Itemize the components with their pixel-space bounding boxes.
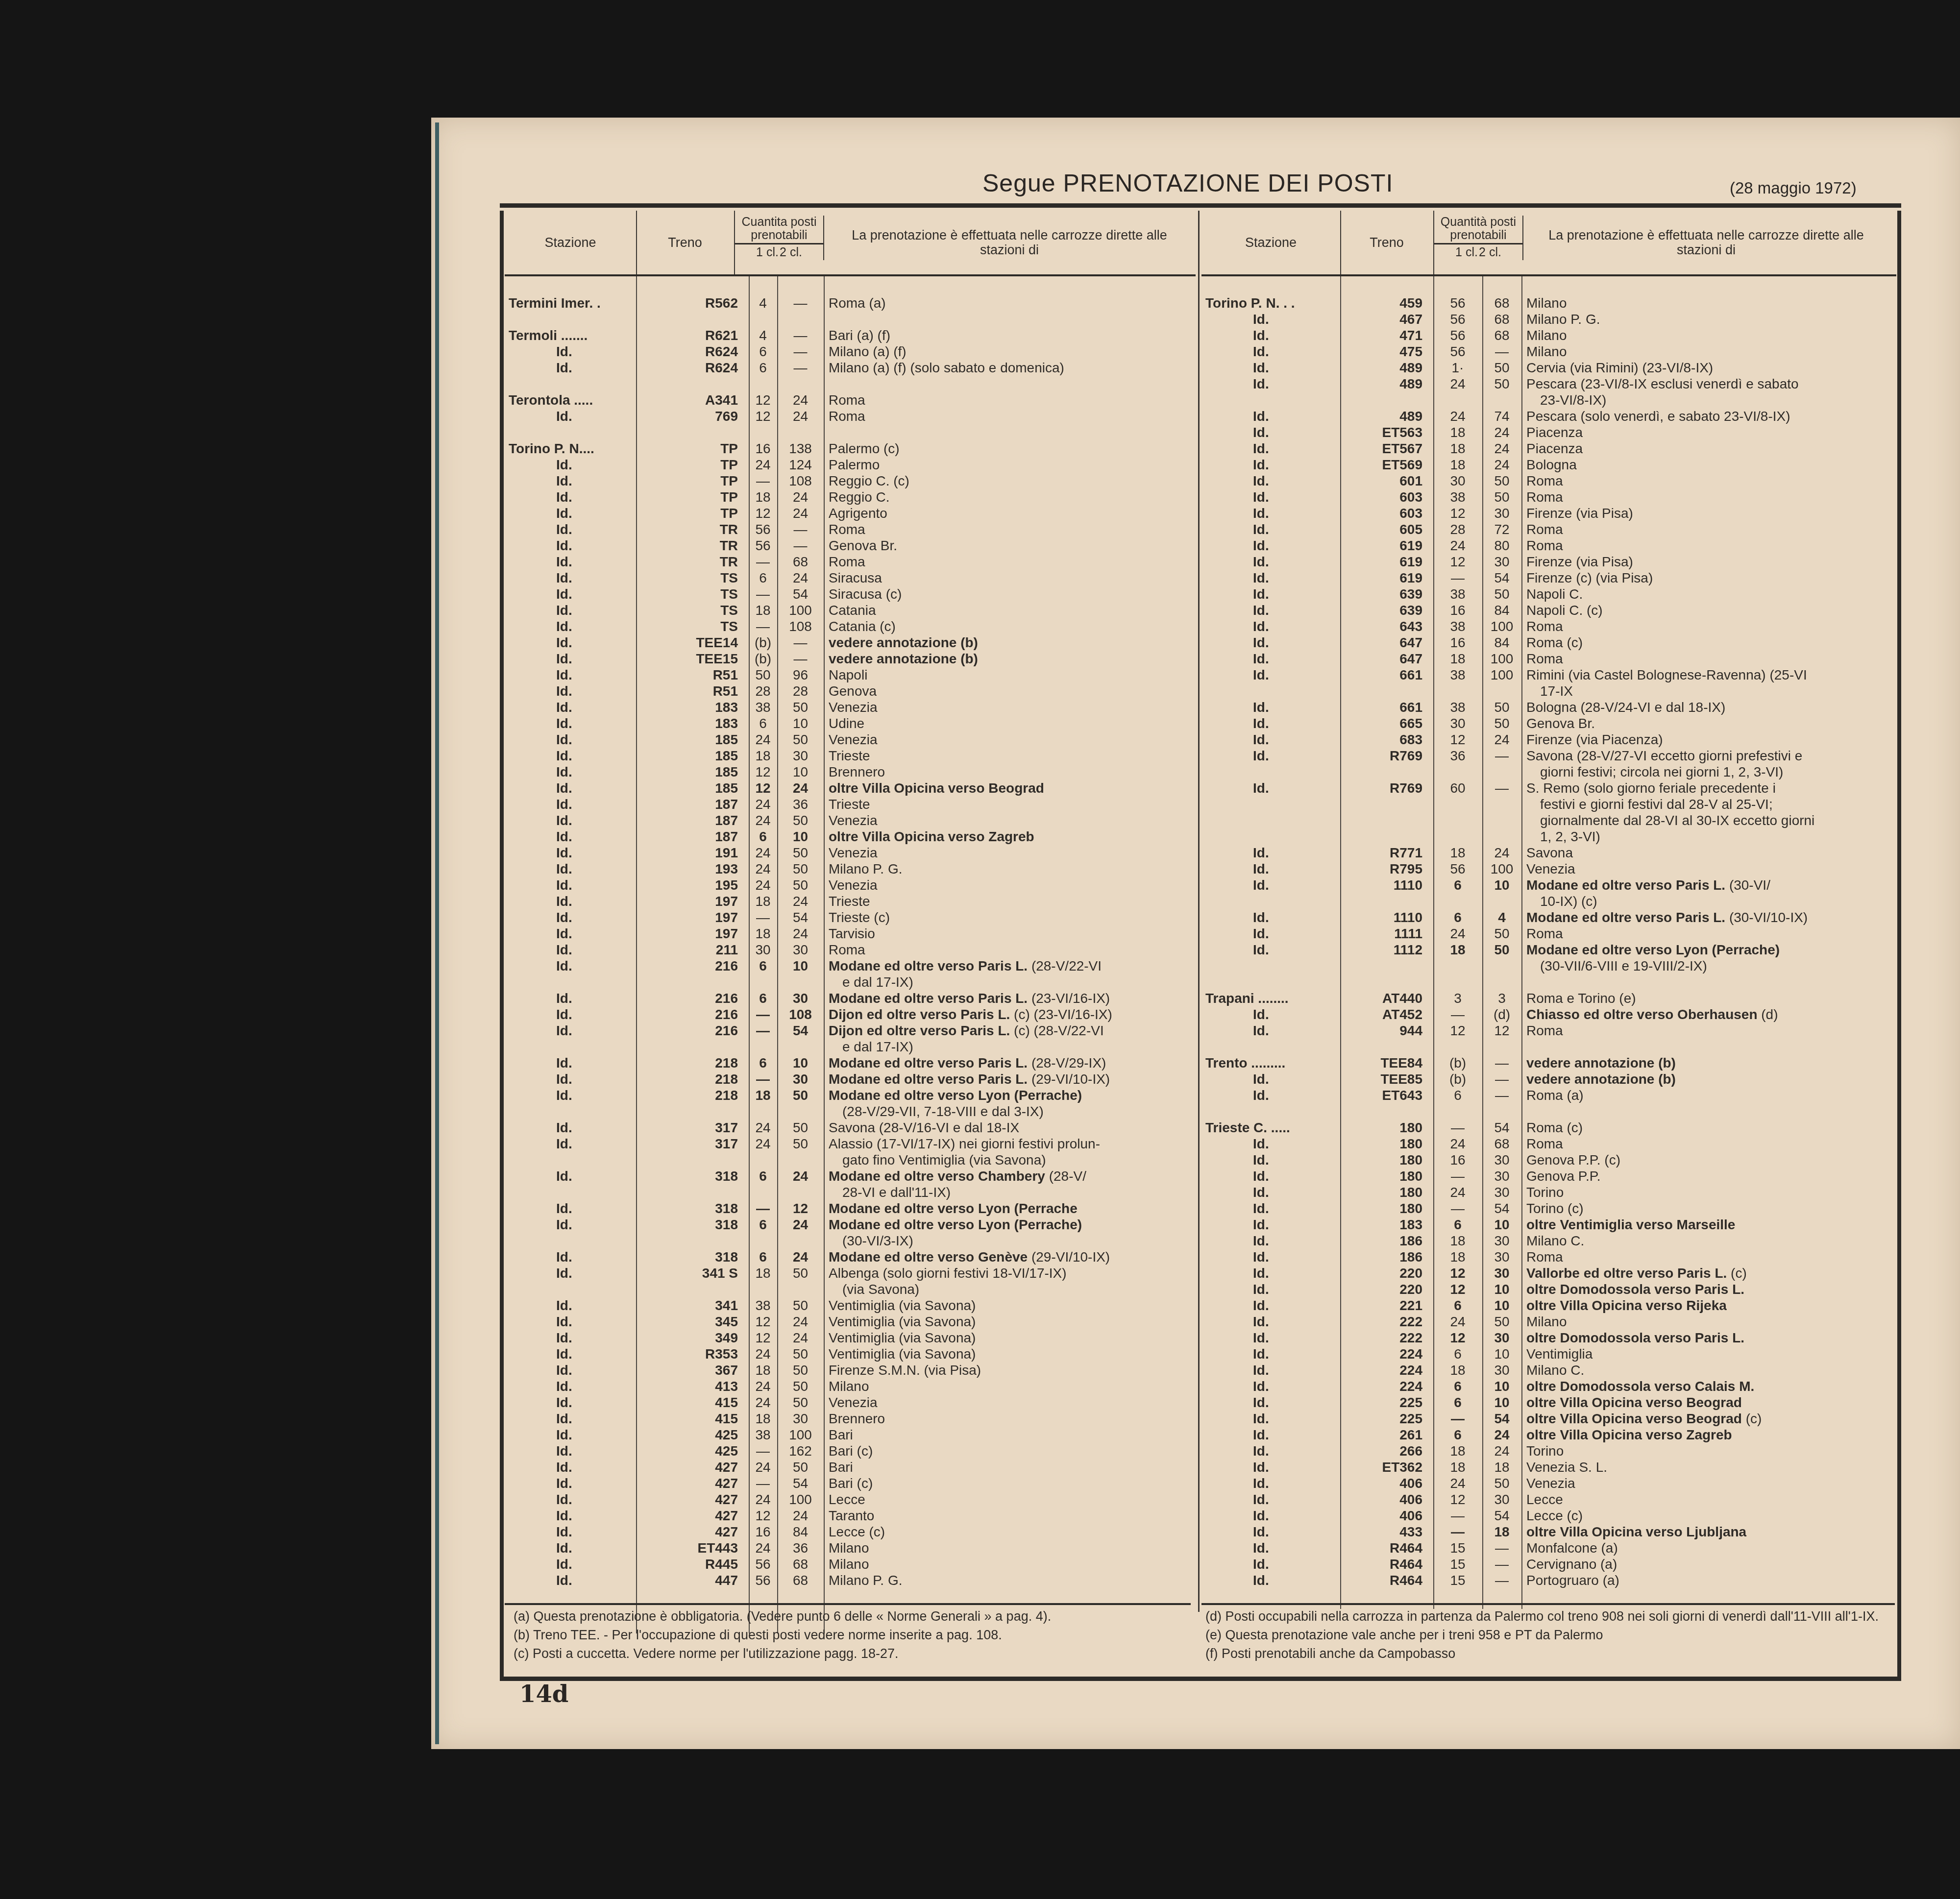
header-quantita-label: Cuantita posti prenotabili [735,216,823,244]
seats-2cl-cell: 10 [1482,1297,1521,1314]
station-cell: Id. [1201,1249,1340,1265]
destination-cell: Pescara (solo venerdì, e sabato 23-VI/8-… [1521,408,1896,424]
table-row: Id.9441212Roma [1201,1023,1896,1039]
destination-cell: Albenga (solo giorni festivi 18-VI/17-IX… [824,1265,1196,1297]
table-row: Id.1971824Tarvisio [505,925,1196,942]
station-cell: Id. [1201,1136,1340,1152]
station-cell: Id. [1201,861,1340,877]
station-cell: Id. [1201,1217,1340,1233]
seats-2cl-cell: 50 [1482,360,1521,376]
table-row: Id.4151830Brennero [505,1411,1196,1427]
table-row: Id.1110610Modane ed oltre verso Paris L.… [1201,877,1896,909]
table-row: Id.318624Modane ed oltre verso Lyon (Per… [505,1217,1196,1249]
table-row: Id.2181850Modane ed oltre verso Lyon (Pe… [505,1087,1196,1120]
train-cell: 225 [1340,1411,1433,1427]
train-cell: R624 [636,360,749,376]
seats-2cl-cell: 54 [777,1023,824,1055]
train-cell: 427 [636,1491,749,1508]
destination-text: Udine [829,716,864,731]
destination-text: Venezia [829,845,878,860]
seats-1cl-cell: 24 [749,1378,777,1394]
seats-2cl-cell: 30 [1482,1152,1521,1168]
header-2cl: 2 cl. [779,244,803,260]
destination-cell: Vallorbe ed oltre verso Paris L. (c) [1521,1265,1896,1281]
destination-cell: Milano (a) (f) (solo sabato e domenica) [824,360,1196,376]
destination-cell: Ventimiglia (via Savona) [824,1314,1196,1330]
destination-cell: Bari (c) [824,1475,1196,1491]
destination-bold-text: Modane ed oltre verso Paris L. [829,1055,1028,1071]
destination-cell: Roma (c) [1521,1120,1896,1136]
destination-cell: oltre Domodossola verso Paris L. [1521,1330,1896,1346]
seats-2cl-cell: — [1482,343,1521,360]
header-destinazione: La prenotazione è effettuata nelle carro… [1525,211,1887,274]
table-row: Id.TS18100Catania [505,602,1196,618]
destination-text: Piacenza [1526,425,1583,440]
station-cell: Id. [505,1540,636,1556]
seats-1cl-cell: 18 [1433,1459,1482,1475]
station-cell: Id. [505,748,636,764]
seats-2cl-cell: 68 [1482,295,1521,311]
station-cell: Id. [1201,1524,1340,1540]
table-row: Id.42538100Bari [505,1427,1196,1443]
seats-2cl-cell: 100 [1482,618,1521,634]
destination-text: Bari (a) (f) [829,328,890,343]
destination-text: Milano [1526,295,1567,311]
destination-text: (c) [1727,1266,1746,1281]
station-cell: Id. [1201,1330,1340,1346]
seats-2cl-cell: 24 [777,1249,824,1265]
train-cell: 406 [1340,1508,1433,1524]
destination-text: (c) (23-VI/16-IX) [1010,1007,1112,1022]
station-cell: Id. [505,1314,636,1330]
seats-1cl-cell: 6 [749,958,777,990]
table-row: Id.6033850Roma [1201,489,1896,505]
train-cell: 318 [636,1200,749,1217]
footnote-e: (e) Questa prenotazione vale anche per i… [1205,1627,1891,1643]
right-table-body: Torino P. N. . .4595668MilanoId.4675668M… [1201,276,1896,1588]
destination-cell: Modane ed oltre verso Paris L. (30-VI/10… [1521,877,1896,909]
destination-cell: Roma [1521,1023,1896,1039]
destination-text: (28-V/29-IX) [1028,1055,1106,1071]
table-row: Id.2221230oltre Domodossola verso Paris … [1201,1330,1896,1346]
train-cell: 459 [1340,295,1433,311]
table-row: Id.216—108Dijon ed oltre verso Paris L. … [505,1006,1196,1023]
seats-2cl-cell: 24 [1482,457,1521,473]
table-row: Id.183610oltre Ventimiglia verso Marseil… [1201,1217,1896,1233]
seats-1cl-cell: 12 [749,1330,777,1346]
seats-2cl-cell: 84 [1482,634,1521,651]
station-cell: Trento ......... [1201,1055,1340,1071]
table-row: Id.4132450Milano [505,1378,1196,1394]
seats-1cl-cell: 15 [1433,1556,1482,1572]
seats-2cl-cell: 162 [777,1443,824,1459]
train-cell: R624 [636,343,749,360]
seats-1cl-cell: 30 [1433,715,1482,731]
seats-1cl-cell: (b) [1433,1055,1482,1071]
table-row: Id.111064Modane ed oltre verso Paris L. … [1201,909,1896,925]
destination-text: oltre Villa Opicina verso Beograd [1526,1395,1742,1410]
destination-text: Lecce (c) [1526,1508,1583,1523]
station-cell: Id. [505,1055,636,1071]
station-cell: Id. [1201,1314,1340,1330]
destination-cell: Portogruaro (a) [1521,1572,1896,1588]
seats-1cl-cell: 6 [749,715,777,731]
seats-2cl-cell: — [777,537,824,554]
top-rule [500,203,1901,208]
destination-cell: Genova Br. [1521,715,1896,731]
destination-text: Milano [829,1379,869,1394]
destination-cell: Firenze (via Pisa) [1521,505,1896,521]
destination-cell: oltre Villa Opicina verso Beograd [1521,1394,1896,1411]
train-cell: TEE14 [636,634,749,651]
seats-1cl-cell: 24 [749,812,777,828]
seats-2cl-cell: 24 [777,1217,824,1249]
seats-1cl-cell: 16 [749,440,777,457]
table-row: Id.R46415—Cervignano (a) [1201,1556,1896,1572]
destination-text: Alassio (17-VI/17-IX) nei giorni festivi… [829,1136,1100,1151]
station-cell: Id. [1201,602,1340,618]
station-cell: Id. [1201,376,1340,408]
seats-2cl-cell: 50 [777,1346,824,1362]
seats-1cl-cell: 3 [1433,990,1482,1006]
train-cell: R353 [636,1346,749,1362]
destination-text: Bari (c) [829,1476,873,1491]
seats-1cl-cell: 56 [1433,311,1482,327]
seats-2cl-cell: 68 [1482,311,1521,327]
station-cell: Id. [505,521,636,537]
destination-continuation: 28-VI e dall'11-IX) [829,1184,1191,1200]
destination-cell: Bari [824,1459,1196,1475]
train-cell: 415 [636,1411,749,1427]
destination-cell: Roma [1521,489,1896,505]
destination-continuation: giorni festivi; circola nei giorni 1, 2,… [1526,764,1891,780]
seats-2cl-cell: — [1482,780,1521,845]
seats-1cl-cell: 36 [1433,748,1482,780]
destination-text: Savona [1526,845,1573,860]
destination-text: Agrigento [829,506,887,521]
destination-text: Roma [1526,619,1563,634]
destination-continuation: giornalmente dal 28-VI al 30-IX eccetto … [1526,812,1891,828]
seats-2cl-cell: 68 [1482,1136,1521,1152]
destination-text: Roma [829,392,865,408]
station-cell: Id. [505,1023,636,1055]
train-cell: 661 [1340,699,1433,715]
left-table-body: Termini Imer. .R5624—Roma (a)Termoli ...… [505,276,1196,1588]
seats-1cl-cell: 18 [1433,424,1482,440]
table-row: Id.2241830Milano C. [1201,1362,1896,1378]
seats-1cl-cell: — [1433,1508,1482,1524]
seats-1cl-cell: 60 [1433,780,1482,845]
seats-1cl-cell: — [749,618,777,634]
seats-1cl-cell: 38 [749,1297,777,1314]
table-row: Id.R6246—Milano (a) (f) [505,343,1196,360]
train-cell: R51 [636,667,749,683]
station-cell: Id. [1201,1297,1340,1314]
seats-2cl-cell: 10 [1482,1217,1521,1233]
train-cell: TP [636,473,749,489]
seats-2cl-cell: 30 [1482,1265,1521,1281]
destination-continuation: gato fino Ventimiglia (via Savona) [829,1152,1191,1168]
destination-cell: vedere annotazione (b) [824,651,1196,667]
train-cell: 665 [1340,715,1433,731]
destination-cell: Modane ed oltre verso Genève (29-VI/10-I… [824,1249,1196,1265]
seats-2cl-cell: — [777,521,824,537]
seats-1cl-cell: 24 [1433,408,1482,424]
destination-text: Palermo [829,457,880,472]
table-row: Id.1851224oltre Villa Opicina verso Beog… [505,780,1196,796]
seats-1cl-cell: (b) [749,634,777,651]
seats-1cl-cell: 18 [749,925,777,942]
seats-2cl-cell: 54 [1482,1120,1521,1136]
train-cell: 683 [1340,731,1433,748]
destination-text: Milano [1526,1314,1567,1329]
destination-text: Tarvisio [829,926,875,941]
station-cell: Id. [1201,1071,1340,1087]
station-cell: Id. [505,1120,636,1136]
destination-text: Albenga (solo giorni festivi 18-VI/17-IX… [829,1266,1067,1281]
table-row: Id.66138100Rimini (via Castel Bolognese-… [1201,667,1896,699]
train-cell: 197 [636,925,749,942]
table-row: Id.6831224Firenze (via Piacenza) [1201,731,1896,748]
train-cell: 180 [1340,1120,1433,1136]
seats-2cl-cell: 50 [1482,715,1521,731]
seats-2cl-cell: 50 [777,1087,824,1120]
station-cell: Id. [505,893,636,909]
destination-cell: Roma [1521,1136,1896,1152]
seats-2cl-cell: 30 [1482,1184,1521,1200]
seats-2cl-cell: 108 [777,1006,824,1023]
seats-2cl-cell: 10 [777,1055,824,1071]
table-row: Id.R7711824Savona [1201,845,1896,861]
seats-1cl-cell: 18 [1433,1362,1482,1378]
train-cell: ET569 [1340,457,1433,473]
train-cell: 185 [636,748,749,764]
seats-1cl-cell: 1· [1433,360,1482,376]
station-cell: Id. [505,1249,636,1265]
table-row: Id.2113030Roma [505,942,1196,958]
table-row: Id.318—12Modane ed oltre verso Lyon (Per… [505,1200,1196,1217]
station-cell: Id. [505,1217,636,1249]
seats-1cl-cell: — [749,1023,777,1055]
table-row: Id.1872436Trieste [505,796,1196,812]
train-cell: 218 [636,1087,749,1120]
train-cell: 183 [1340,1217,1433,1233]
station-cell: Id. [505,473,636,489]
destination-text: (29-VI/10-IX) [1028,1071,1110,1087]
table-row: Id.1851210Brennero [505,764,1196,780]
station-cell: Id. [505,877,636,893]
seats-1cl-cell: 16 [749,1524,777,1540]
seats-2cl-cell: 124 [777,457,824,473]
train-cell: 187 [636,812,749,828]
train-cell: 193 [636,861,749,877]
destination-text: Venezia [829,813,878,828]
seats-1cl-cell: — [749,1475,777,1491]
station-cell: Id. [1201,1508,1340,1524]
destination-text: Roma [1526,538,1563,553]
destination-text: Catania (c) [829,619,896,634]
footnotes-right: (d) Posti occupabili nella carrozza in p… [1205,1608,1891,1664]
table-row: Id.ET5631824Piacenza [1201,424,1896,440]
train-cell: TS [636,602,749,618]
seats-1cl-cell: 18 [1433,1233,1482,1249]
seats-2cl-cell: 10 [777,958,824,990]
station-cell: Id. [505,1394,636,1411]
seats-1cl-cell: 24 [749,1120,777,1136]
station-cell: Id. [505,651,636,667]
station-cell: Id. [505,909,636,925]
station-cell: Id. [1201,731,1340,748]
destination-cell: Lecce (c) [824,1524,1196,1540]
table-row: Id.TP—108Reggio C. (c) [505,473,1196,489]
station-cell: Id. [1201,877,1340,909]
seats-2cl-cell: 24 [1482,731,1521,748]
seats-1cl-cell: 24 [749,1136,777,1168]
station-cell: Id. [505,505,636,521]
destination-cell: Bari (c) [824,1443,1196,1459]
train-cell: TEE15 [636,651,749,667]
destination-cell: Rimini (via Castel Bolognese-Ravenna) (2… [1521,667,1896,699]
destination-cell: Roma [1521,618,1896,634]
table-row: Id.4152450Venezia [505,1394,1196,1411]
seats-1cl-cell: 50 [749,667,777,683]
table-row: Id.6191230Firenze (via Pisa) [1201,554,1896,570]
seats-2cl-cell: 108 [777,618,824,634]
table-row: Id.11112450Roma [1201,925,1896,942]
destination-cell: Ventimiglia (via Savona) [824,1346,1196,1362]
station-cell: Id. [1201,521,1340,537]
table-row: Id.6031230Firenze (via Pisa) [1201,505,1896,521]
destination-cell: Ventimiglia [1521,1346,1896,1362]
seats-2cl-cell: — [1482,1540,1521,1556]
table-row: Id.4062450Venezia [1201,1475,1896,1491]
train-cell: TP [636,440,749,457]
table-row: Id.TEE15(b)—vedere annotazione (b) [505,651,1196,667]
destination-cell: Roma [824,521,1196,537]
destination-bold-text: oltre Villa Opicina verso Beograd [1526,1411,1742,1426]
seats-2cl-cell: 24 [1482,440,1521,457]
train-cell: 317 [636,1120,749,1136]
station-cell: Id. [1201,1233,1340,1249]
destination-text: S. Remo (solo giorno feriale precedente … [1526,780,1776,796]
table-row: Id.3491224Ventimiglia (via Savona) [505,1330,1196,1346]
train-cell: R769 [1340,780,1433,845]
destination-text: Milano [1526,344,1567,359]
seats-2cl-cell: 30 [777,942,824,958]
station-cell: Id. [1201,537,1340,554]
train-cell: 619 [1340,554,1433,570]
train-cell: 349 [636,1330,749,1346]
destination-text: (28-V/ [1045,1169,1086,1184]
train-cell: TS [636,618,749,634]
seats-1cl-cell: 24 [749,1540,777,1556]
seats-1cl-cell: — [749,1443,777,1459]
train-cell: 367 [636,1362,749,1378]
destination-text: Roma [1526,926,1563,941]
station-cell: Id. [505,1006,636,1023]
train-cell: 197 [636,909,749,925]
destination-cell: Roma [824,942,1196,958]
seats-2cl-cell: 100 [777,1491,824,1508]
seats-2cl-cell: 50 [1482,473,1521,489]
footnote-a: (a) Questa prenotazione è obbligatoria. … [514,1608,1190,1625]
train-cell: 318 [636,1168,749,1200]
seats-2cl-cell: 10 [1482,1378,1521,1394]
destination-cell: Roma [1521,1249,1896,1265]
train-cell: R464 [1340,1556,1433,1572]
destination-text: vedere annotazione (b) [829,651,978,666]
destination-bold-text: Modane ed oltre verso Paris L. [1526,877,1725,893]
seats-1cl-cell: 24 [749,1394,777,1411]
destination-text: oltre Villa Opicina verso Zagreb [829,829,1034,844]
seats-2cl-cell: 10 [777,764,824,780]
table-row: Id.ET5691824Bologna [1201,457,1896,473]
seats-2cl-cell: 30 [1482,1233,1521,1249]
table-row: Id.6653050Genova Br. [1201,715,1896,731]
seats-2cl-cell: 54 [777,1475,824,1491]
train-cell: R51 [636,683,749,699]
seats-2cl-cell: 50 [777,1136,824,1168]
train-cell: ET443 [636,1540,749,1556]
destination-text: Bologna [1526,457,1577,472]
seats-1cl-cell: 18 [749,1362,777,1378]
destination-text: (c) [1742,1411,1762,1426]
seats-2cl-cell: 54 [777,586,824,602]
seats-2cl-cell: — [1482,1071,1521,1087]
table-row: Id.218610Modane ed oltre verso Paris L. … [505,1055,1196,1071]
footnote-c: (c) Posti a cuccetta. Vedere norme per l… [514,1645,1190,1662]
destination-cell: Roma [1521,521,1896,537]
seats-1cl-cell: — [749,586,777,602]
table-row: Id.4271684Lecce (c) [505,1524,1196,1540]
left-table-header: Stazione Treno Cuantita posti prenotabil… [505,211,1196,276]
train-cell: 216 [636,1023,749,1055]
destination-text: Taranto [829,1508,874,1523]
train-cell: 427 [636,1524,749,1540]
seats-1cl-cell: 28 [749,683,777,699]
train-cell: 1112 [1340,942,1433,974]
destination-text: Roma (a) [1526,1088,1584,1103]
station-cell: Id. [1201,1152,1340,1168]
destination-continuation: (28-V/29-VII, 7-18-VIII e dal 3-IX) [829,1103,1191,1120]
seats-1cl-cell: 56 [1433,343,1482,360]
station-cell: Id. [1201,667,1340,699]
table-row: Id.TEE14(b)—vedere annotazione (b) [505,634,1196,651]
destination-cell: S. Remo (solo giorno feriale precedente … [1521,780,1896,845]
destination-cell: Monfalcone (a) [1521,1540,1896,1556]
destination-text: Siracusa (c) [829,586,902,602]
seats-2cl-cell: — [777,651,824,667]
destination-cell: Modane ed oltre verso Paris L. (29-VI/10… [824,1071,1196,1087]
seats-1cl-cell: 24 [749,877,777,893]
train-cell: 185 [636,764,749,780]
train-cell: 180 [1340,1184,1433,1200]
destination-cell: Firenze (c) (via Pisa) [1521,570,1896,586]
station-cell: Id. [505,925,636,942]
destination-cell: Genova P.P. [1521,1168,1896,1184]
footnotes-left: (a) Questa prenotazione è obbligatoria. … [514,1608,1190,1664]
station-cell: Id. [505,1378,636,1394]
station-cell: Id. [1201,440,1340,457]
destination-bold-text: Modane ed oltre verso Lyon (Perrache [829,1201,1078,1216]
train-cell: 216 [636,1006,749,1023]
seats-2cl-cell: 24 [777,1168,824,1200]
seats-1cl-cell: — [1433,1168,1482,1184]
destination-cell: Catania (c) [824,618,1196,634]
seats-2cl-cell: — [1482,1055,1521,1071]
destination-cell: Bari [824,1427,1196,1443]
destination-cell: Genova [824,683,1196,699]
